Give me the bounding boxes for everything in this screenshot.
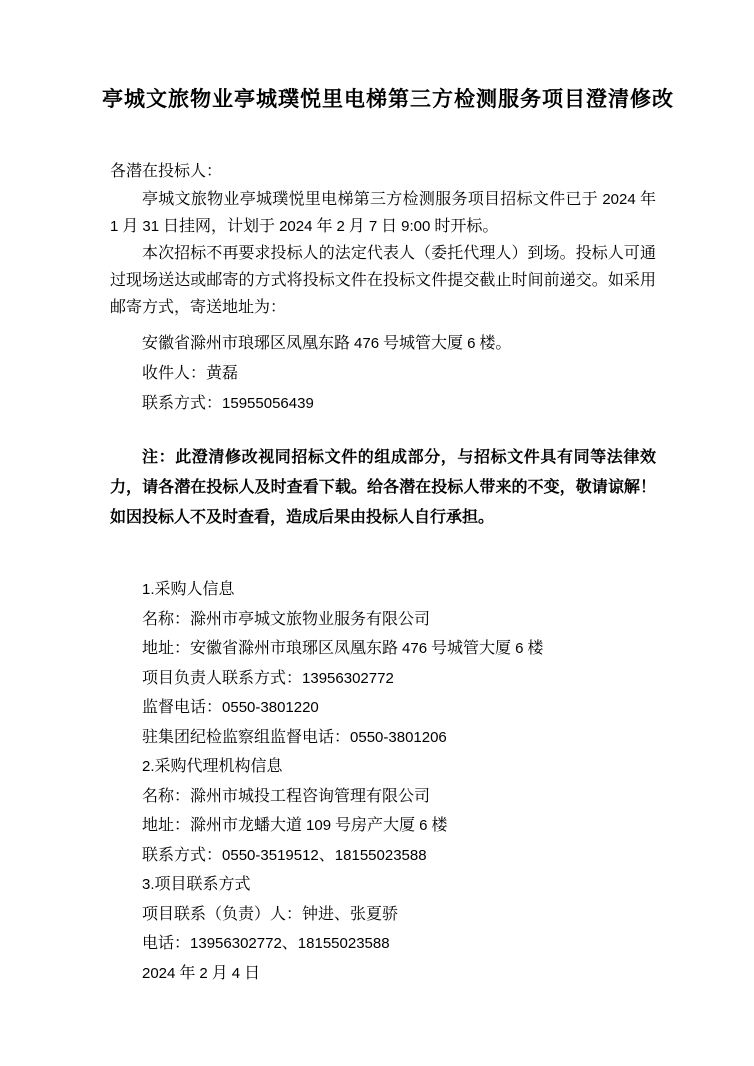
info-line: 地址：滁州市龙蟠大道 109 号房产大厦 6 楼 (110, 811, 656, 841)
recipient-line: 收件人：黄磊 (110, 359, 656, 389)
contact-line: 联系方式：15955056439 (110, 389, 656, 419)
info-line: 电话：13956302772、18155023588 (110, 929, 656, 959)
section-heading-project-contact: 3.项目联系方式 (110, 870, 656, 900)
info-sections: 1.采购人信息 名称：滁州市亭城文旅物业服务有限公司 地址：安徽省滁州市琅琊区凤… (110, 575, 656, 988)
info-line: 名称：滁州市城投工程咨询管理有限公司 (110, 782, 656, 812)
salutation: 各潜在投标人： (110, 158, 656, 186)
info-line: 地址：安徽省滁州市琅琊区凤凰东路 476 号城管大厦 6 楼 (110, 634, 656, 664)
mailing-info: 安徽省滁州市琅琊区凤凰东路 476 号城管大厦 6 楼。 收件人：黄磊 联系方式… (110, 329, 656, 419)
info-line: 名称：滁州市亭城文旅物业服务有限公司 (110, 605, 656, 635)
info-line: 监督电话：0550-3801220 (110, 693, 656, 723)
info-line: 驻集团纪检监察组监督电话：0550-3801206 (110, 723, 656, 753)
section-heading-purchaser: 1.采购人信息 (110, 575, 656, 605)
mail-address-line: 安徽省滁州市琅琊区凤凰东路 476 号城管大厦 6 楼。 (110, 329, 656, 359)
info-line: 联系方式：0550-3519512、18155023588 (110, 841, 656, 871)
paragraph-opening: 亭城文旅物业亭城璞悦里电梯第三方检测服务项目招标文件已于 2024 年 1 月 … (110, 186, 656, 240)
document-page: 亭城文旅物业亭城璞悦里电梯第三方检测服务项目澄清修改 各潜在投标人： 亭城文旅物… (0, 0, 754, 1066)
document-title: 亭城文旅物业亭城璞悦里电梯第三方检测服务项目澄清修改 (102, 86, 664, 112)
document-date: 2024 年 2 月 4 日 (110, 959, 656, 989)
info-line: 项目联系（负责）人：钟进、张夏骄 (110, 900, 656, 930)
section-heading-agency: 2.采购代理机构信息 (110, 752, 656, 782)
info-line: 项目负责人联系方式：13956302772 (110, 664, 656, 694)
note-paragraph: 注：此澄清修改视同招标文件的组成部分，与招标文件具有同等法律效力，请各潜在投标人… (110, 443, 656, 533)
paragraph-submission: 本次招标不再要求投标人的法定代表人（委托代理人）到场。投标人可通过现场送达或邮寄… (110, 240, 656, 321)
